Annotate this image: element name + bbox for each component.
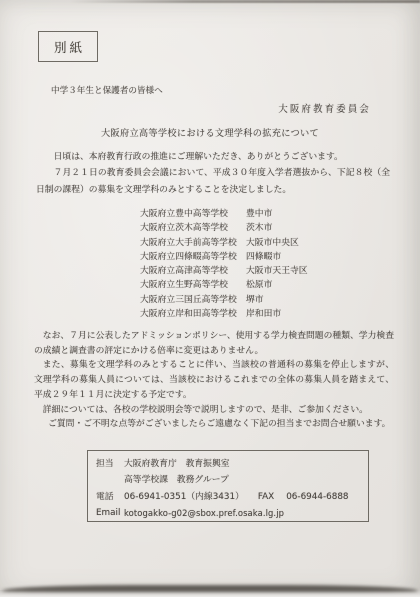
- attachment-label: 別紙: [51, 38, 85, 56]
- school-name: 大阪府立四條畷高等学校: [140, 250, 246, 264]
- closing-paragraphs: なお、７月に公表したアドミッションポリシー、使用する学力検査問題の種類、学力検査…: [34, 329, 394, 432]
- school-row: 大阪府立高津高等学校 大阪市天王寺区: [140, 264, 308, 278]
- school-location: 四條畷市: [246, 250, 281, 264]
- school-location: 大阪市中央区: [246, 236, 299, 250]
- school-location: 松原市: [246, 278, 272, 292]
- school-name: 大阪府立茨木高等学校: [140, 221, 246, 235]
- school-name: 大阪府立豊中高等学校: [140, 207, 246, 221]
- school-name: 大阪府立生野高等学校: [140, 278, 246, 292]
- paragraph-decision: ７月２１日の教育委員会会議において、平成３０年度入学者選抜から、下記８校（全日制…: [36, 165, 390, 198]
- school-row: 大阪府立岸和田高等学校 岸和田市: [140, 307, 308, 321]
- contact-email-label: Email: [96, 505, 124, 521]
- paragraph-policy: なお、７月に公表したアドミッションポリシー、使用する学力検査問題の種類、学力検査…: [34, 329, 394, 358]
- contact-empty-label: [96, 472, 124, 488]
- school-name: 大阪府立大手前高等学校: [140, 236, 246, 250]
- school-name: 大阪府立三国丘高等学校: [140, 293, 246, 307]
- school-location: 岸和田市: [246, 307, 281, 321]
- contact-email-address: kotogakko-g02@sbox.pref.osaka.lg.jp: [124, 505, 284, 521]
- contact-box: 担当 大阪府教育庁 教育振興室 高等学校課 教務グループ 電話 06-6941-…: [87, 450, 369, 522]
- school-location: 茨木市: [246, 221, 272, 235]
- salutation: 中学３年生と保護者の皆様へ: [51, 84, 163, 96]
- document-title: 大阪府立高等学校における文理学科の拡充について: [0, 125, 420, 139]
- paragraph-greeting: 日頃は、本府教育行政の推進にご理解いただき、ありがとうございます。: [36, 149, 390, 165]
- school-row: 大阪府立茨木高等学校 茨木市: [140, 221, 308, 235]
- sender-name: 大阪府教育委員会: [278, 101, 371, 115]
- school-location: 堺市: [246, 293, 264, 307]
- school-row: 大阪府立三国丘高等学校 堺市: [140, 293, 308, 307]
- school-row: 大阪府立四條畷高等学校 四條畷市: [140, 250, 308, 264]
- contact-staff-label: 担当: [96, 456, 124, 472]
- contact-phone-number: 06-6941-0351（内線3431）: [124, 489, 244, 505]
- contact-staff-group: 高等学校課 教務グループ: [124, 472, 229, 488]
- contact-staff-row2: 高等学校課 教務グループ: [88, 472, 368, 488]
- paper-sheet: 別紙 中学３年生と保護者の皆様へ 大阪府教育委員会 大阪府立高等学校における文理…: [0, 0, 420, 597]
- contact-staff-office: 大阪府教育庁 教育振興室: [124, 456, 230, 472]
- contact-fax-number: 06-6944-6888: [286, 489, 348, 505]
- contact-staff-row: 担当 大阪府教育庁 教育振興室: [88, 456, 368, 472]
- school-list: 大阪府立豊中高等学校 豊中市 大阪府立茨木高等学校 茨木市 大阪府立大手前高等学…: [140, 207, 308, 321]
- photographed-document: 別紙 中学３年生と保護者の皆様へ 大阪府教育委員会 大阪府立高等学校における文理…: [0, 0, 420, 597]
- attachment-label-box: 別紙: [38, 31, 98, 62]
- contact-email-row: Email kotogakko-g02@sbox.pref.osaka.lg.j…: [88, 505, 368, 521]
- contact-phone-row: 電話 06-6941-0351（内線3431） FAX 06-6944-6888: [88, 489, 368, 505]
- paragraph-sessions: 詳細については、各校の学校説明会等で説明しますので、是非、ご参加ください。: [34, 403, 394, 418]
- school-location: 豊中市: [246, 207, 272, 221]
- school-name: 大阪府立岸和田高等学校: [140, 307, 246, 321]
- school-row: 大阪府立生野高等学校 松原市: [140, 278, 308, 292]
- contact-fax-label: FAX: [258, 489, 274, 505]
- paragraph-inquiry: ご質問・ご不明な点等がございましたらご遠慮なく下記の担当までお問合せ願います。: [34, 417, 394, 432]
- school-row: 大阪府立豊中高等学校 豊中市: [140, 207, 308, 221]
- contact-phone-label: 電話: [96, 489, 124, 505]
- opening-paragraphs: 日頃は、本府教育行政の推進にご理解いただき、ありがとうございます。 ７月２１日の…: [36, 149, 390, 198]
- paper-bottom-edge-shadow: [2, 585, 418, 592]
- paper-top-edge-shadow: [70, 0, 420, 3]
- school-location: 大阪市天王寺区: [246, 264, 308, 278]
- school-name: 大阪府立高津高等学校: [140, 264, 246, 278]
- school-row: 大阪府立大手前高等学校 大阪市中央区: [140, 236, 308, 250]
- paragraph-capacity: また、募集を文理学科のみとすることに伴い、当該校の普通科の募集を停止しますが、文…: [34, 358, 394, 402]
